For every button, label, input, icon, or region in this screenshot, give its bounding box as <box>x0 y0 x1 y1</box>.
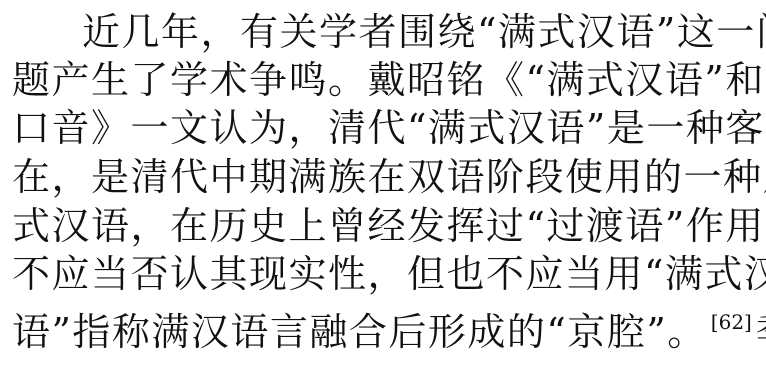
paragraph-line-3: 口音》一文认为，清代“满式汉语”是一种客观存 <box>12 104 754 152</box>
paragraph-line-1: 近几年，有关学者围绕“满式汉语”这一问 <box>82 8 766 56</box>
paragraph-line-7-tail: 季永 <box>756 310 766 354</box>
citation-marker[interactable]: [62] <box>711 310 752 334</box>
document-page: 近几年，有关学者围绕“满式汉语”这一问 题产生了学术争鸣。戴昭铭《“满式汉语”和… <box>0 0 766 392</box>
paragraph-line-7-text: 语”指称满汉语言融合后形成的“京腔”。 <box>12 310 707 354</box>
paragraph-line-4: 在，是清代中期满族在双语阶段使用的一种皮钦 <box>12 153 754 201</box>
paragraph-line-5: 式汉语，在历史上曾经发挥过“过渡语”作用， <box>12 202 754 250</box>
paragraph-line-7: 语”指称满汉语言融合后形成的“京腔”。[62]季永 <box>12 298 754 346</box>
paragraph-line-2: 题产生了学术争鸣。戴昭铭《“满式汉语”和京腔 <box>12 56 754 104</box>
paragraph-line-6: 不应当否认其现实性，但也不应当用“满式汉 <box>12 250 754 298</box>
